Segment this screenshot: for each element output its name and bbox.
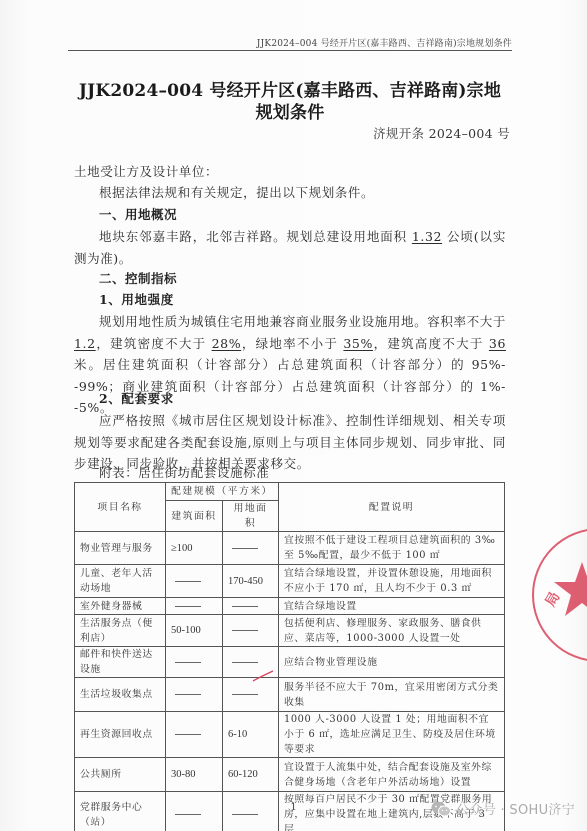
dash [232,694,258,695]
row-note: 宜结合绿地设置，并设置休憩设施，用地面积不应小于 170 ㎡，且人均不少于 0.… [279,565,505,598]
watermark-text: 公众号 · SOHU济宁 [456,799,575,818]
header-land-area: 用地面积 [223,501,279,532]
row-name: 生活垃圾收集点 [75,678,166,712]
dash [175,662,201,663]
dash [175,694,201,695]
row-building: ≥100 [166,532,223,565]
table-row: 生活垃圾收集点 服务半径不应大于 70m，宜采用密闭方式分类收集 [75,678,505,712]
row-building: 30-80 [166,758,223,792]
document-title: JJK2024–004 号经开片区(嘉丰路西、吉祥路南)宗地 规划条件 [68,80,512,124]
row-building [166,647,223,678]
row-name: 生活服务点（便利店） [75,615,166,647]
row-land [223,532,279,565]
dash [232,606,258,607]
row-note: 宜结合绿地设置 [279,598,505,615]
addressee: 土地受让方及设计单位： [74,161,506,183]
row-building [166,565,223,598]
green-ratio-value: 35% [343,336,373,351]
header-scale: 配建规模（平方米） [166,483,279,501]
official-seal: 局 [532,528,587,662]
subsection-2-heading: 2、配套要求 [74,388,506,410]
density-value: 28% [212,336,242,351]
star-icon [552,560,587,620]
document-page: JJK2024–004 号经开片区(嘉丰路西、吉祥路南)宗地规划条件 JJK20… [0,0,587,831]
table-row: 再生资源回收点 6-10 1000 人-3000 人设置 1 处；用地面积不宜小… [75,712,505,758]
header-rule [68,50,512,51]
header-note: 配置说明 [279,483,505,532]
title-line-1: JJK2024–004 号经开片区(嘉丰路西、吉祥路南)宗地 [68,80,512,102]
pen-mark-icon [252,670,274,682]
dash [175,606,201,607]
row-name: 室外健身器械 [75,598,166,615]
row-name: 物业管理与服务 [75,532,166,565]
row-name: 邮件和快件送达设施 [75,647,166,678]
table-row: 室外健身器械 宜结合绿地设置 [75,598,505,615]
row-name: 公共厕所 [75,758,166,792]
text: ，绿地率不小于 [241,336,343,351]
section-1-paragraph: 地块东邻嘉丰路，北邻吉祥路。规划总建设用地面积 1.32 公顷(以实测为准)。 [74,226,506,269]
dash [232,630,258,631]
row-land: 170-450 [223,565,279,598]
text: ，建筑高度不大于 [373,336,489,351]
title-line-2: 规划条件 [68,102,512,124]
text: ，建筑密度不大于 [96,336,212,351]
row-building [166,598,223,615]
table-caption: 附表：居住街坊配套设施标准 [74,462,506,484]
height-value: 36 [489,336,506,351]
text: 地块东邻嘉丰路，北邻吉祥路。规划总建设用地面积 [99,229,412,244]
row-land: 6-10 [223,712,279,758]
wechat-watermark: 公众号 · SOHU济宁 [431,799,575,818]
table-row: 生活服务点（便利店） 50-100 包括便利店、修理服务、家政服务、膳食供应、菜… [75,615,505,647]
table-row: 公共厕所 30-80 60-120 宜设置于人流集中处，结合配套设施及室外综合健… [75,758,505,792]
dash [175,581,201,582]
row-name: 儿童、老年人活动场地 [75,565,166,598]
dash [175,814,201,815]
row-building [166,678,223,712]
dash [232,548,258,549]
table-row: 邮件和快件送达设施 应结合物业管理设施 [75,647,505,678]
text: 规划用地性质为城镇住宅用地兼容商业服务业设施用地。容积率不大于 [99,314,506,329]
land-area-value: 1.32 [412,229,442,244]
section-1-heading: 一、用地概况 [74,204,506,226]
document-number: 济规开条 2024–004 号 [373,124,510,142]
intro-paragraph: 根据法律法规和有关规定，提出以下规划条件。 [74,182,506,204]
table-row: 儿童、老年人活动场地 170-450 宜结合绿地设置，并设置休憩设施，用地面积不… [75,565,505,598]
row-name: 再生资源回收点 [75,712,166,758]
row-note: 包括便利店、修理服务、家政服务、膳食供应、菜店等，1000-3000 人设置一处 [279,615,505,647]
facilities-table: 项目名称 配建规模（平方米） 配置说明 建筑面积 用地面积 物业管理与服务 ≥1… [74,482,505,831]
row-note: 宜按照不低于建设工程项目总建筑面积的 3‰至 5‰配置，最少不低于 100 ㎡ [279,532,505,565]
row-land: 60-120 [223,758,279,792]
row-note: 应结合物业管理设施 [279,647,505,678]
subsection-1-heading: 1、用地强度 [74,289,506,311]
dash [232,662,258,663]
row-land [223,615,279,647]
row-note: 服务半径不应大于 70m，宜采用密闭方式分类收集 [279,678,505,712]
header-name: 项目名称 [75,483,166,532]
header-building-area: 建筑面积 [166,501,223,532]
row-note: 宜设置于人流集中处，结合配套设施及室外综合健身场地（含老年户外活动场地）设置 [279,758,505,792]
table-row: 物业管理与服务 ≥100 宜按照不低于建设工程项目总建筑面积的 3‰至 5‰配置… [75,532,505,565]
far-value: 1.2 [74,336,96,351]
table-header-row: 项目名称 配建规模（平方米） 配置说明 [75,483,505,501]
row-building: 50-100 [166,615,223,647]
section-2-heading: 二、控制指标 [74,268,506,290]
row-building [166,712,223,758]
row-land [223,598,279,615]
row-note: 1000 人-3000 人设置 1 处；用地面积不宜小于 6 ㎡，选址应满足卫生… [279,712,505,758]
dash [232,814,258,815]
wechat-icon [431,801,451,817]
dash [175,734,201,735]
row-land [223,678,279,712]
running-header: JJK2024–004 号经开片区(嘉丰路西、吉祥路南)宗地规划条件 [257,36,512,49]
